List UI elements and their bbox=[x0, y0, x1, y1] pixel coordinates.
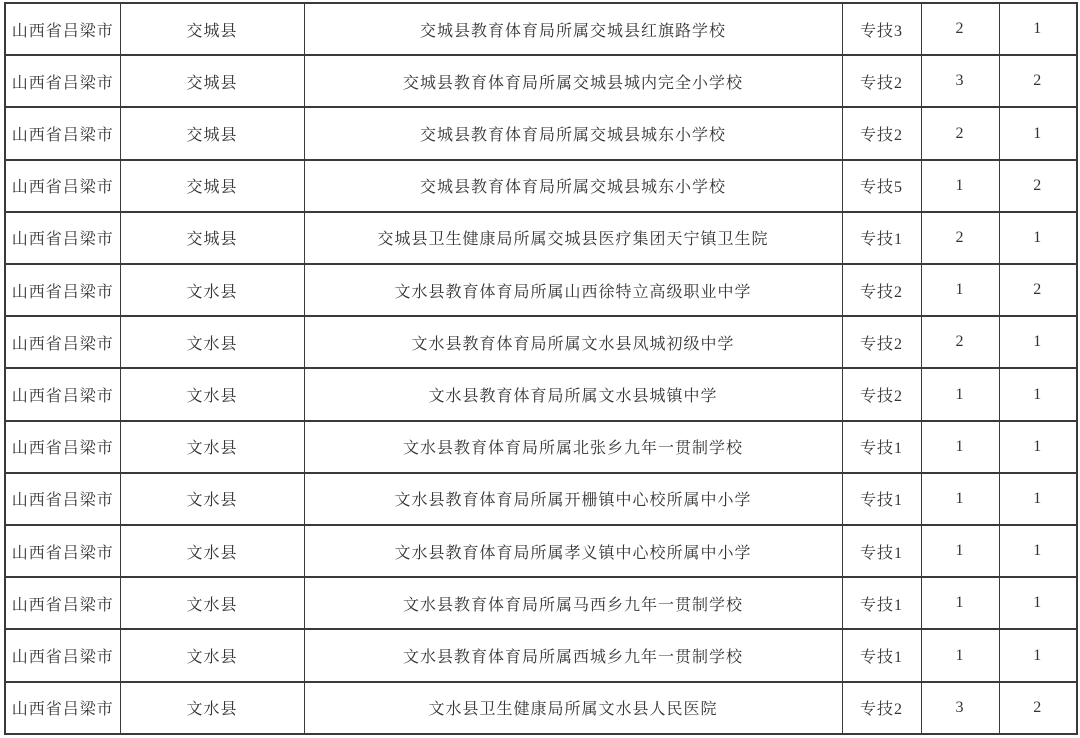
count-cell-2: 2 bbox=[999, 55, 1077, 107]
county-cell: 文水县 bbox=[120, 525, 304, 577]
unit-name-cell: 文水县教育体育局所属文水县凤城初级中学 bbox=[304, 316, 842, 368]
count-cell-1: 2 bbox=[921, 107, 999, 159]
table-row: 山西省吕梁市 文水县 文水县教育体育局所属山西徐特立高级职业中学 专技2 1 2 bbox=[5, 264, 1077, 316]
unit-name-cell: 文水县教育体育局所属文水县城镇中学 bbox=[304, 368, 842, 420]
position-type-cell: 专技1 bbox=[842, 525, 921, 577]
count-cell-1: 1 bbox=[921, 473, 999, 525]
position-type-cell: 专技2 bbox=[842, 107, 921, 159]
table-row: 山西省吕梁市 文水县 文水县教育体育局所属西城乡九年一贯制学校 专技1 1 1 bbox=[5, 629, 1077, 681]
count-cell-2: 1 bbox=[999, 212, 1077, 264]
count-cell-1: 2 bbox=[921, 316, 999, 368]
count-cell-2: 2 bbox=[999, 682, 1077, 734]
county-cell: 交城县 bbox=[120, 107, 304, 159]
table-row: 山西省吕梁市 文水县 文水县卫生健康局所属文水县人民医院 专技2 3 2 bbox=[5, 682, 1077, 734]
position-type-cell: 专技1 bbox=[842, 421, 921, 473]
county-cell: 文水县 bbox=[120, 368, 304, 420]
table-row: 山西省吕梁市 交城县 交城县教育体育局所属交城县城内完全小学校 专技2 3 2 bbox=[5, 55, 1077, 107]
table-row: 山西省吕梁市 交城县 交城县教育体育局所属交城县红旗路学校 专技3 2 1 bbox=[5, 3, 1077, 55]
city-cell: 山西省吕梁市 bbox=[5, 368, 120, 420]
unit-name-cell: 文水县卫生健康局所属文水县人民医院 bbox=[304, 682, 842, 734]
city-cell: 山西省吕梁市 bbox=[5, 264, 120, 316]
unit-name-cell: 交城县教育体育局所属交城县城东小学校 bbox=[304, 107, 842, 159]
city-cell: 山西省吕梁市 bbox=[5, 55, 120, 107]
document-page: 山西省吕梁市 交城县 交城县教育体育局所属交城县红旗路学校 专技3 2 1 山西… bbox=[0, 0, 1080, 738]
table-row: 山西省吕梁市 文水县 文水县教育体育局所属马西乡九年一贯制学校 专技1 1 1 bbox=[5, 577, 1077, 629]
city-cell: 山西省吕梁市 bbox=[5, 316, 120, 368]
county-cell: 文水县 bbox=[120, 264, 304, 316]
table-row: 山西省吕梁市 文水县 文水县教育体育局所属孝义镇中心校所属中小学 专技1 1 1 bbox=[5, 525, 1077, 577]
table-row: 山西省吕梁市 交城县 交城县卫生健康局所属交城县医疗集团天宁镇卫生院 专技1 2… bbox=[5, 212, 1077, 264]
count-cell-2: 1 bbox=[999, 368, 1077, 420]
unit-name-cell: 文水县教育体育局所属马西乡九年一贯制学校 bbox=[304, 577, 842, 629]
unit-name-cell: 交城县卫生健康局所属交城县医疗集团天宁镇卫生院 bbox=[304, 212, 842, 264]
county-cell: 文水县 bbox=[120, 316, 304, 368]
city-cell: 山西省吕梁市 bbox=[5, 682, 120, 734]
city-cell: 山西省吕梁市 bbox=[5, 3, 120, 55]
table-row: 山西省吕梁市 交城县 交城县教育体育局所属交城县城东小学校 专技2 2 1 bbox=[5, 107, 1077, 159]
count-cell-1: 3 bbox=[921, 55, 999, 107]
table-row: 山西省吕梁市 文水县 文水县教育体育局所属开栅镇中心校所属中小学 专技1 1 1 bbox=[5, 473, 1077, 525]
county-cell: 交城县 bbox=[120, 212, 304, 264]
unit-name-cell: 文水县教育体育局所属西城乡九年一贯制学校 bbox=[304, 629, 842, 681]
count-cell-2: 1 bbox=[999, 316, 1077, 368]
count-cell-2: 1 bbox=[999, 473, 1077, 525]
unit-name-cell: 交城县教育体育局所属交城县城内完全小学校 bbox=[304, 55, 842, 107]
count-cell-2: 1 bbox=[999, 3, 1077, 55]
city-cell: 山西省吕梁市 bbox=[5, 421, 120, 473]
city-cell: 山西省吕梁市 bbox=[5, 577, 120, 629]
count-cell-1: 1 bbox=[921, 577, 999, 629]
county-cell: 交城县 bbox=[120, 3, 304, 55]
county-cell: 文水县 bbox=[120, 577, 304, 629]
county-cell: 文水县 bbox=[120, 682, 304, 734]
position-type-cell: 专技2 bbox=[842, 682, 921, 734]
city-cell: 山西省吕梁市 bbox=[5, 160, 120, 212]
count-cell-1: 1 bbox=[921, 525, 999, 577]
unit-name-cell: 交城县教育体育局所属交城县城东小学校 bbox=[304, 160, 842, 212]
position-type-cell: 专技1 bbox=[842, 473, 921, 525]
count-cell-2: 1 bbox=[999, 421, 1077, 473]
unit-name-cell: 文水县教育体育局所属北张乡九年一贯制学校 bbox=[304, 421, 842, 473]
count-cell-1: 1 bbox=[921, 368, 999, 420]
city-cell: 山西省吕梁市 bbox=[5, 107, 120, 159]
city-cell: 山西省吕梁市 bbox=[5, 212, 120, 264]
position-type-cell: 专技5 bbox=[842, 160, 921, 212]
city-cell: 山西省吕梁市 bbox=[5, 473, 120, 525]
position-type-cell: 专技2 bbox=[842, 264, 921, 316]
position-type-cell: 专技2 bbox=[842, 316, 921, 368]
count-cell-1: 1 bbox=[921, 629, 999, 681]
table-row: 山西省吕梁市 文水县 文水县教育体育局所属文水县凤城初级中学 专技2 2 1 bbox=[5, 316, 1077, 368]
city-cell: 山西省吕梁市 bbox=[5, 629, 120, 681]
unit-name-cell: 文水县教育体育局所属孝义镇中心校所属中小学 bbox=[304, 525, 842, 577]
position-type-cell: 专技2 bbox=[842, 55, 921, 107]
count-cell-1: 3 bbox=[921, 682, 999, 734]
position-type-cell: 专技1 bbox=[842, 212, 921, 264]
position-type-cell: 专技1 bbox=[842, 577, 921, 629]
unit-name-cell: 文水县教育体育局所属山西徐特立高级职业中学 bbox=[304, 264, 842, 316]
position-type-cell: 专技3 bbox=[842, 3, 921, 55]
count-cell-1: 1 bbox=[921, 160, 999, 212]
county-cell: 交城县 bbox=[120, 55, 304, 107]
table-row: 山西省吕梁市 文水县 文水县教育体育局所属北张乡九年一贯制学校 专技1 1 1 bbox=[5, 421, 1077, 473]
count-cell-2: 1 bbox=[999, 525, 1077, 577]
count-cell-1: 2 bbox=[921, 3, 999, 55]
count-cell-1: 1 bbox=[921, 264, 999, 316]
position-type-cell: 专技1 bbox=[842, 629, 921, 681]
count-cell-2: 2 bbox=[999, 264, 1077, 316]
count-cell-1: 1 bbox=[921, 421, 999, 473]
county-cell: 文水县 bbox=[120, 629, 304, 681]
position-type-cell: 专技2 bbox=[842, 368, 921, 420]
count-cell-2: 1 bbox=[999, 107, 1077, 159]
city-cell: 山西省吕梁市 bbox=[5, 525, 120, 577]
county-cell: 文水县 bbox=[120, 473, 304, 525]
count-cell-2: 1 bbox=[999, 629, 1077, 681]
county-cell: 交城县 bbox=[120, 160, 304, 212]
count-cell-2: 1 bbox=[999, 577, 1077, 629]
county-cell: 文水县 bbox=[120, 421, 304, 473]
table-row: 山西省吕梁市 交城县 交城县教育体育局所属交城县城东小学校 专技5 1 2 bbox=[5, 160, 1077, 212]
unit-name-cell: 文水县教育体育局所属开栅镇中心校所属中小学 bbox=[304, 473, 842, 525]
unit-name-cell: 交城县教育体育局所属交城县红旗路学校 bbox=[304, 3, 842, 55]
count-cell-2: 2 bbox=[999, 160, 1077, 212]
recruitment-positions-table: 山西省吕梁市 交城县 交城县教育体育局所属交城县红旗路学校 专技3 2 1 山西… bbox=[4, 2, 1078, 735]
table-body: 山西省吕梁市 交城县 交城县教育体育局所属交城县红旗路学校 专技3 2 1 山西… bbox=[5, 3, 1077, 734]
table-row: 山西省吕梁市 文水县 文水县教育体育局所属文水县城镇中学 专技2 1 1 bbox=[5, 368, 1077, 420]
count-cell-1: 2 bbox=[921, 212, 999, 264]
